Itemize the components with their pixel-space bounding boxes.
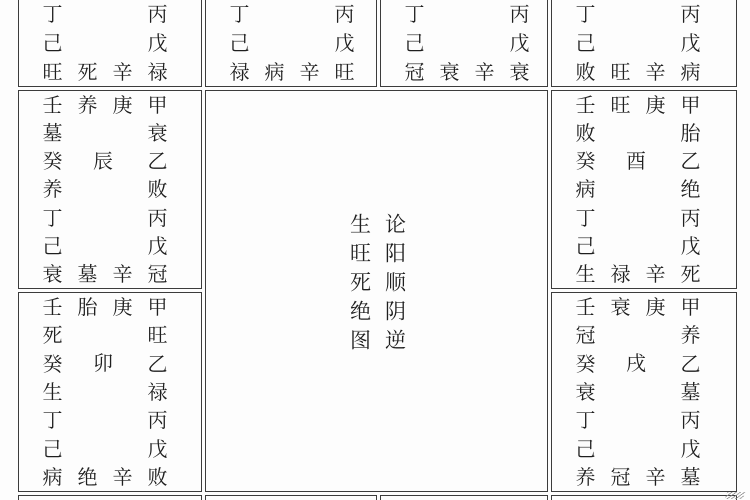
cell-char <box>603 175 638 203</box>
cell-char <box>603 232 638 260</box>
cell-char: 辛 <box>638 260 673 288</box>
cell-char: 禄 <box>140 378 175 406</box>
cell-char: 丙 <box>673 0 708 29</box>
cell-char: 墓 <box>70 260 105 288</box>
cell-char: 辛 <box>105 57 140 86</box>
cell-char: 戊 <box>140 29 175 58</box>
branch-label: 戌 <box>568 352 704 374</box>
top-cell-1: 丁丙己戊旺死辛禄 <box>18 0 202 87</box>
cell-grid: 壬衰庚甲冠养癸乙衰墓丁丙己戊养冠辛墓 <box>552 293 736 491</box>
cell-char: 丁 <box>222 0 257 29</box>
cell-char: 辛 <box>638 463 673 491</box>
cell-char <box>603 378 638 406</box>
cell-char: 己 <box>568 434 603 462</box>
cell-char: 甲 <box>673 293 708 321</box>
cell-char <box>105 29 140 58</box>
cell-char: 丁 <box>568 204 603 232</box>
cell-char <box>467 0 502 29</box>
cell-char: 死 <box>673 260 708 288</box>
cell-char: 己 <box>35 434 70 462</box>
cell-char: 甲 <box>140 293 175 321</box>
life-stage-diagram-canvas: 丁丙己戊旺死辛禄 丁丙己戊禄病辛旺 丁丙己戊冠衰辛衰 丁丙己戊败旺辛病 壬养庚甲… <box>0 0 750 500</box>
bottom-stub-2 <box>205 495 377 500</box>
cell-char: 辛 <box>638 57 673 86</box>
cell-char: 衰 <box>35 260 70 288</box>
title-left-column: 生旺死绝图 <box>349 213 370 358</box>
cell-char <box>432 0 467 29</box>
cell-char: 庚 <box>638 293 673 321</box>
cell-char <box>105 0 140 29</box>
cell-char: 冠 <box>397 57 432 86</box>
cell-char: 丁 <box>568 406 603 434</box>
cell-char: 旺 <box>603 57 638 86</box>
cell-char: 衰 <box>502 57 537 86</box>
cell-char: 墓 <box>35 119 70 147</box>
cell-char: 己 <box>568 232 603 260</box>
top-cell-4: 丁丙己戊败旺辛病 <box>551 0 737 87</box>
bottom-stub-1 <box>18 495 202 500</box>
cell-char: 甲 <box>140 91 175 119</box>
cell-char: 绝 <box>70 463 105 491</box>
cell-char: 丙 <box>140 204 175 232</box>
cell-char: 败 <box>140 175 175 203</box>
cell-char <box>603 29 638 58</box>
cell-char: 禄 <box>603 260 638 288</box>
cell-char: 禄 <box>222 57 257 86</box>
cell-grid: 丁丙己戊禄病辛旺 <box>206 0 376 86</box>
cell-char: 丙 <box>673 204 708 232</box>
cell-char <box>638 175 673 203</box>
cell-char <box>70 406 105 434</box>
cell-char: 衰 <box>432 57 467 86</box>
cell-char <box>70 29 105 58</box>
mid-left-cell: 壬养庚甲墓衰癸乙养败丁丙己戊衰墓辛冠 辰 <box>18 90 202 289</box>
cell-char: 己 <box>397 29 432 58</box>
cell-char <box>603 0 638 29</box>
cell-char <box>105 204 140 232</box>
cell-char <box>105 406 140 434</box>
bottom-stub-3 <box>380 495 548 500</box>
cell-char: 败 <box>568 57 603 86</box>
cursor-artifact <box>725 492 746 499</box>
cell-char: 戊 <box>327 29 362 58</box>
cell-char: 冠 <box>140 260 175 288</box>
cell-char <box>638 232 673 260</box>
cell-char <box>70 119 105 147</box>
cell-char <box>105 434 140 462</box>
cell-char <box>105 119 140 147</box>
branch-label: 卯 <box>35 352 171 374</box>
cell-char: 壬 <box>35 91 70 119</box>
cell-char <box>292 0 327 29</box>
cell-char: 丁 <box>397 0 432 29</box>
cell-char: 丙 <box>140 406 175 434</box>
cell-char: 冠 <box>603 463 638 491</box>
cell-char: 旺 <box>35 57 70 86</box>
cell-char <box>70 378 105 406</box>
cell-char: 壬 <box>35 293 70 321</box>
cell-char <box>70 321 105 349</box>
cell-char <box>292 29 327 58</box>
cell-char: 戊 <box>673 434 708 462</box>
cell-char: 败 <box>568 119 603 147</box>
cell-char <box>603 406 638 434</box>
cell-char <box>70 204 105 232</box>
branch-label: 酉 <box>568 150 704 172</box>
cell-char: 墓 <box>673 378 708 406</box>
cell-char: 旺 <box>140 321 175 349</box>
cell-char: 壬 <box>568 91 603 119</box>
cell-char: 甲 <box>673 91 708 119</box>
cell-char: 庚 <box>105 293 140 321</box>
bottom-stub-4 <box>551 495 737 500</box>
cell-char <box>638 321 673 349</box>
cell-grid: 壬旺庚甲败胎癸乙病绝丁丙己戊生禄辛死 <box>552 91 736 288</box>
cell-char: 生 <box>568 260 603 288</box>
cell-char: 病 <box>35 463 70 491</box>
cell-char: 己 <box>222 29 257 58</box>
center-cell: 生旺死绝图 论阳顺阴逆 <box>205 90 548 492</box>
cell-char <box>432 29 467 58</box>
cell-char: 养 <box>70 91 105 119</box>
cell-grid: 丁丙己戊败旺辛病 <box>552 0 736 86</box>
cell-char <box>467 29 502 58</box>
diagram-title: 生旺死绝图 论阳顺阴逆 <box>206 85 547 485</box>
cell-char: 戊 <box>673 232 708 260</box>
cell-char <box>603 434 638 462</box>
cell-char <box>603 204 638 232</box>
cell-char <box>638 29 673 58</box>
cell-char: 生 <box>35 378 70 406</box>
cell-char: 病 <box>257 57 292 86</box>
cell-char: 衰 <box>603 293 638 321</box>
cell-char: 养 <box>673 321 708 349</box>
cell-char: 丁 <box>35 0 70 29</box>
cell-char: 己 <box>568 29 603 58</box>
cell-char: 死 <box>35 321 70 349</box>
cell-char: 辛 <box>105 260 140 288</box>
cell-char: 辛 <box>467 57 502 86</box>
cell-char: 丁 <box>568 0 603 29</box>
cell-char <box>105 378 140 406</box>
bottom-left-cell: 壬胎庚甲死旺癸乙生禄丁丙己戊病绝辛败 卯 <box>18 292 202 492</box>
cell-char <box>105 232 140 260</box>
cell-char: 丙 <box>140 0 175 29</box>
cell-char: 戊 <box>140 434 175 462</box>
cell-char <box>638 0 673 29</box>
cell-char: 养 <box>35 175 70 203</box>
cell-char <box>603 119 638 147</box>
title-right-column: 论阳顺阴逆 <box>384 213 405 358</box>
cell-char: 丙 <box>502 0 537 29</box>
cell-char <box>638 119 673 147</box>
cell-char: 养 <box>568 463 603 491</box>
cell-char: 己 <box>35 232 70 260</box>
cell-char <box>257 29 292 58</box>
cell-char <box>70 175 105 203</box>
cell-char: 墓 <box>673 463 708 491</box>
cell-char <box>638 204 673 232</box>
cell-char <box>638 406 673 434</box>
cell-char: 丁 <box>35 406 70 434</box>
mid-right-cell: 壬旺庚甲败胎癸乙病绝丁丙己戊生禄辛死 酉 <box>551 90 737 289</box>
cell-char: 丙 <box>673 406 708 434</box>
cell-grid: 丁丙己戊冠衰辛衰 <box>381 0 547 86</box>
cell-grid: 壬胎庚甲死旺癸乙生禄丁丙己戊病绝辛败 <box>19 293 201 491</box>
cell-char <box>105 321 140 349</box>
cell-char: 戊 <box>673 29 708 58</box>
cell-char: 丁 <box>35 204 70 232</box>
cell-char: 冠 <box>568 321 603 349</box>
cell-char <box>105 175 140 203</box>
cell-char: 胎 <box>70 293 105 321</box>
cell-char: 丙 <box>327 0 362 29</box>
cell-char: 旺 <box>603 91 638 119</box>
cell-char: 庚 <box>638 91 673 119</box>
cell-char: 病 <box>673 57 708 86</box>
cell-char: 禄 <box>140 57 175 86</box>
cell-char <box>70 232 105 260</box>
cell-char: 壬 <box>568 293 603 321</box>
cell-grid: 丁丙己戊旺死辛禄 <box>19 0 201 86</box>
cell-char: 胎 <box>673 119 708 147</box>
cell-char <box>603 321 638 349</box>
cell-char: 辛 <box>105 463 140 491</box>
cell-char: 辛 <box>292 57 327 86</box>
cell-char: 庚 <box>105 91 140 119</box>
cell-char <box>257 0 292 29</box>
cell-char: 病 <box>568 175 603 203</box>
top-cell-3: 丁丙己戊冠衰辛衰 <box>380 0 548 87</box>
cell-char <box>638 434 673 462</box>
cell-char <box>638 378 673 406</box>
cell-char <box>70 0 105 29</box>
cell-char: 己 <box>35 29 70 58</box>
cell-grid: 壬养庚甲墓衰癸乙养败丁丙己戊衰墓辛冠 <box>19 91 201 288</box>
cell-char: 败 <box>140 463 175 491</box>
cell-char: 衰 <box>568 378 603 406</box>
cell-char: 衰 <box>140 119 175 147</box>
bottom-right-cell: 壬衰庚甲冠养癸乙衰墓丁丙己戊养冠辛墓 戌 <box>551 292 737 492</box>
cell-char: 死 <box>70 57 105 86</box>
cell-char: 戊 <box>502 29 537 58</box>
cell-char <box>70 434 105 462</box>
cell-char: 戊 <box>140 232 175 260</box>
branch-label: 辰 <box>35 150 171 172</box>
cell-char: 旺 <box>327 57 362 86</box>
cell-char: 绝 <box>673 175 708 203</box>
top-cell-2: 丁丙己戊禄病辛旺 <box>205 0 377 87</box>
